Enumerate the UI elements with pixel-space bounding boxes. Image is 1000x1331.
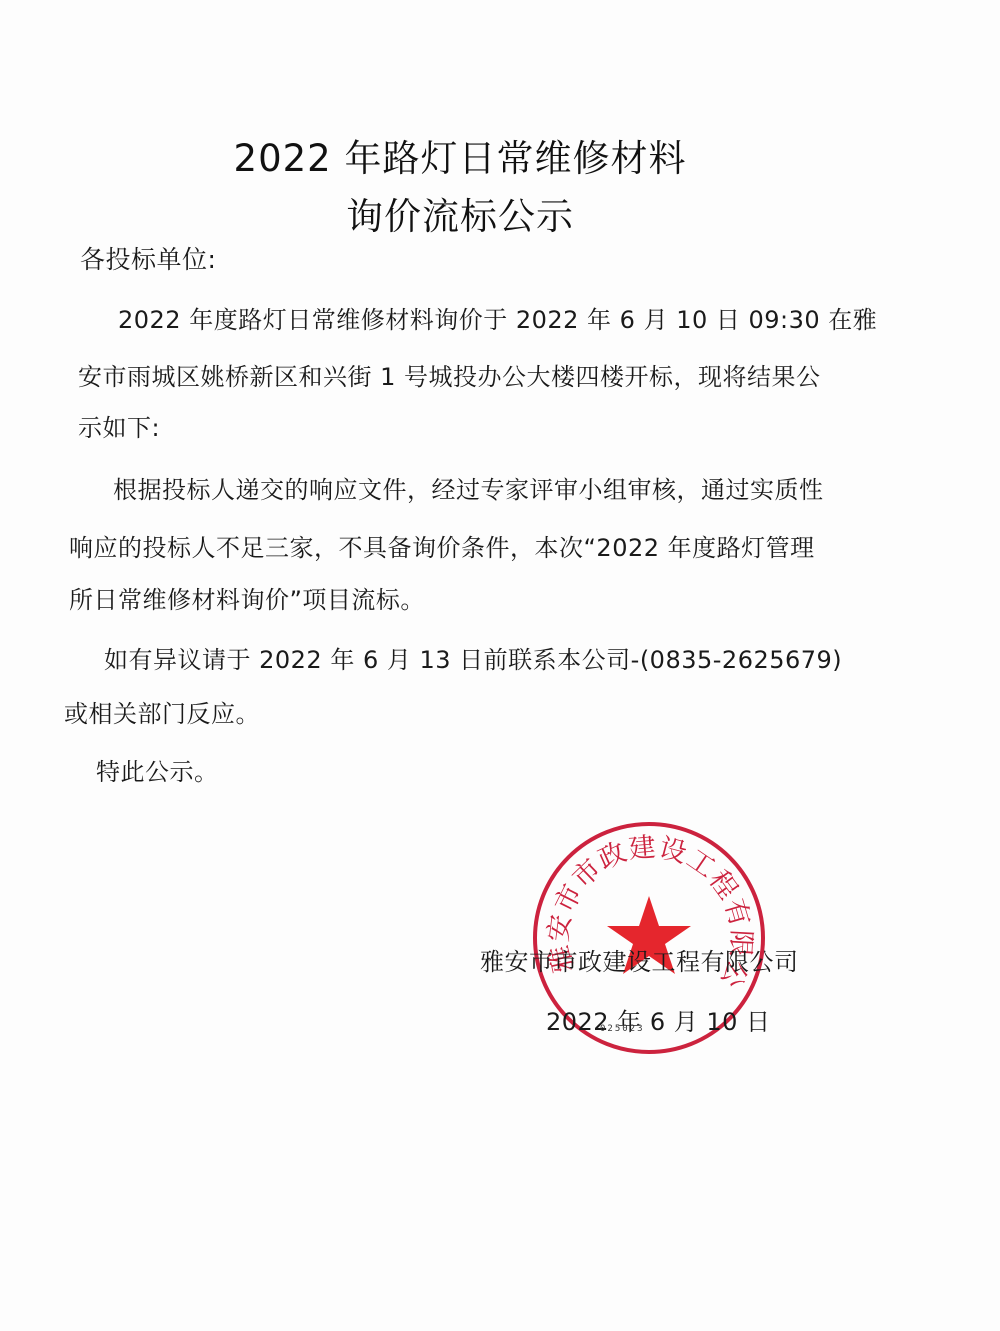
seal-serial-number: 025023 xyxy=(600,1024,645,1034)
paragraph-2-line-1: 根据投标人递交的响应文件，经过专家评审小组审核，通过实质性 xyxy=(113,470,824,505)
document-page: 2022 年路灯日常维修材料 询价流标公示 各投标单位: 2022 年度路灯日常… xyxy=(0,0,1000,1331)
signature-date: 2022 年 6 月 10 日 xyxy=(546,1002,771,1037)
paragraph-1-line-1: 2022 年度路灯日常维修材料询价于 2022 年 6 月 10 日 09:30… xyxy=(118,300,877,335)
document-title-line1: 2022 年路灯日常维修材料 xyxy=(0,128,920,182)
paragraph-1-line-2: 安市雨城区姚桥新区和兴街 1 号城投办公大楼四楼开标，现将结果公 xyxy=(78,357,821,392)
document-title-line2: 询价流标公示 xyxy=(0,186,920,240)
paragraph-2-line-3: 所日常维修材料询价”项目流标。 xyxy=(69,580,425,615)
paragraph-1-line-3: 示如下: xyxy=(78,408,160,443)
paragraph-2-line-2: 响应的投标人不足三家，不具备询价条件，本次“2022 年度路灯管理 xyxy=(69,528,815,563)
signature-company: 雅安市市政建设工程有限公司 xyxy=(480,942,799,977)
paragraph-3-line-1: 如有异议请于 2022 年 6 月 13 日前联系本公司-(0835-26256… xyxy=(104,640,842,675)
salutation: 各投标单位: xyxy=(80,240,216,276)
paragraph-3-line-2: 或相关部门反应。 xyxy=(64,694,260,729)
closing-statement: 特此公示。 xyxy=(96,752,219,787)
